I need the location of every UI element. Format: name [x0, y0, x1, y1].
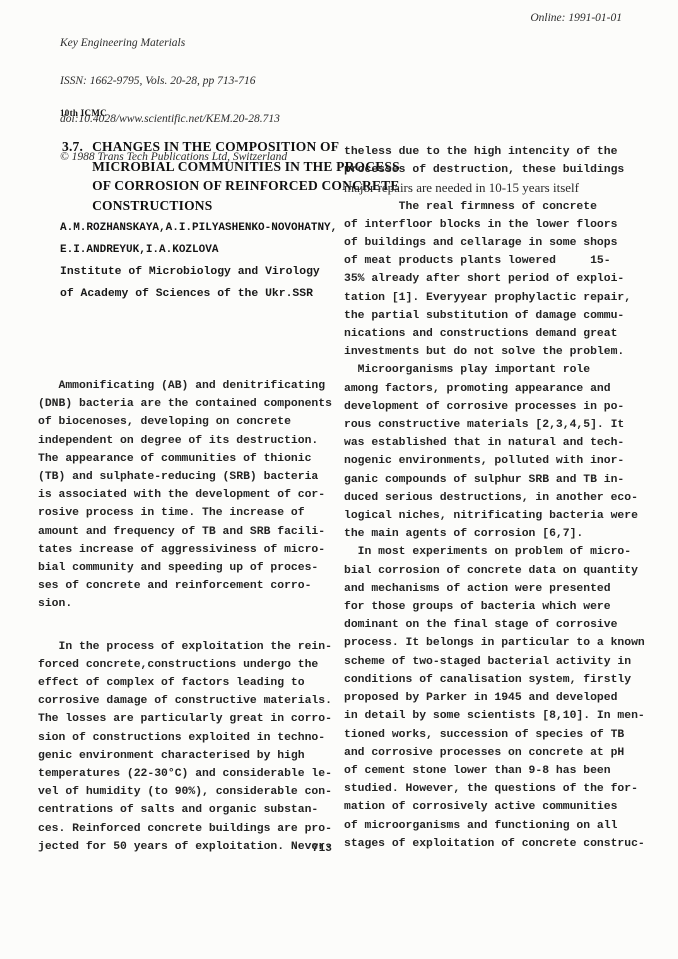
journal-title: Key Engineering Materials	[60, 37, 287, 50]
right-column: theless due to the high intencity of the…	[344, 143, 662, 853]
left-column: Ammonificating (AB) and denitrificating …	[38, 377, 340, 856]
abstract-paragraph: Ammonificating (AB) and denitrificating …	[38, 377, 340, 614]
right-column-continuation: The real firmness of concrete of interfl…	[344, 198, 662, 853]
right-column-opening: theless due to the high intencity of the…	[344, 143, 662, 179]
author-list: A.M.ROZHANSKAYA,A.I.PILYASHENKO-NOVOHATN…	[60, 217, 337, 261]
section-number: 3.7.	[62, 137, 83, 215]
conference-tag: 10th ICMC	[60, 108, 107, 118]
online-date: Online: 1991-01-01	[530, 12, 622, 25]
scanned-paper-page: Key Engineering Materials ISSN: 1662-979…	[0, 0, 678, 959]
page-number: 713	[312, 843, 332, 855]
issn-line: ISSN: 1662-9795, Vols. 20-28, pp 713-716	[60, 75, 287, 88]
inserted-typeset-line: major repairs are needed in 10-15 years …	[344, 179, 662, 197]
introduction-paragraph: In the process of exploitation the rein-…	[38, 638, 340, 856]
affiliation: Institute of Microbiology and Virology o…	[60, 261, 320, 305]
